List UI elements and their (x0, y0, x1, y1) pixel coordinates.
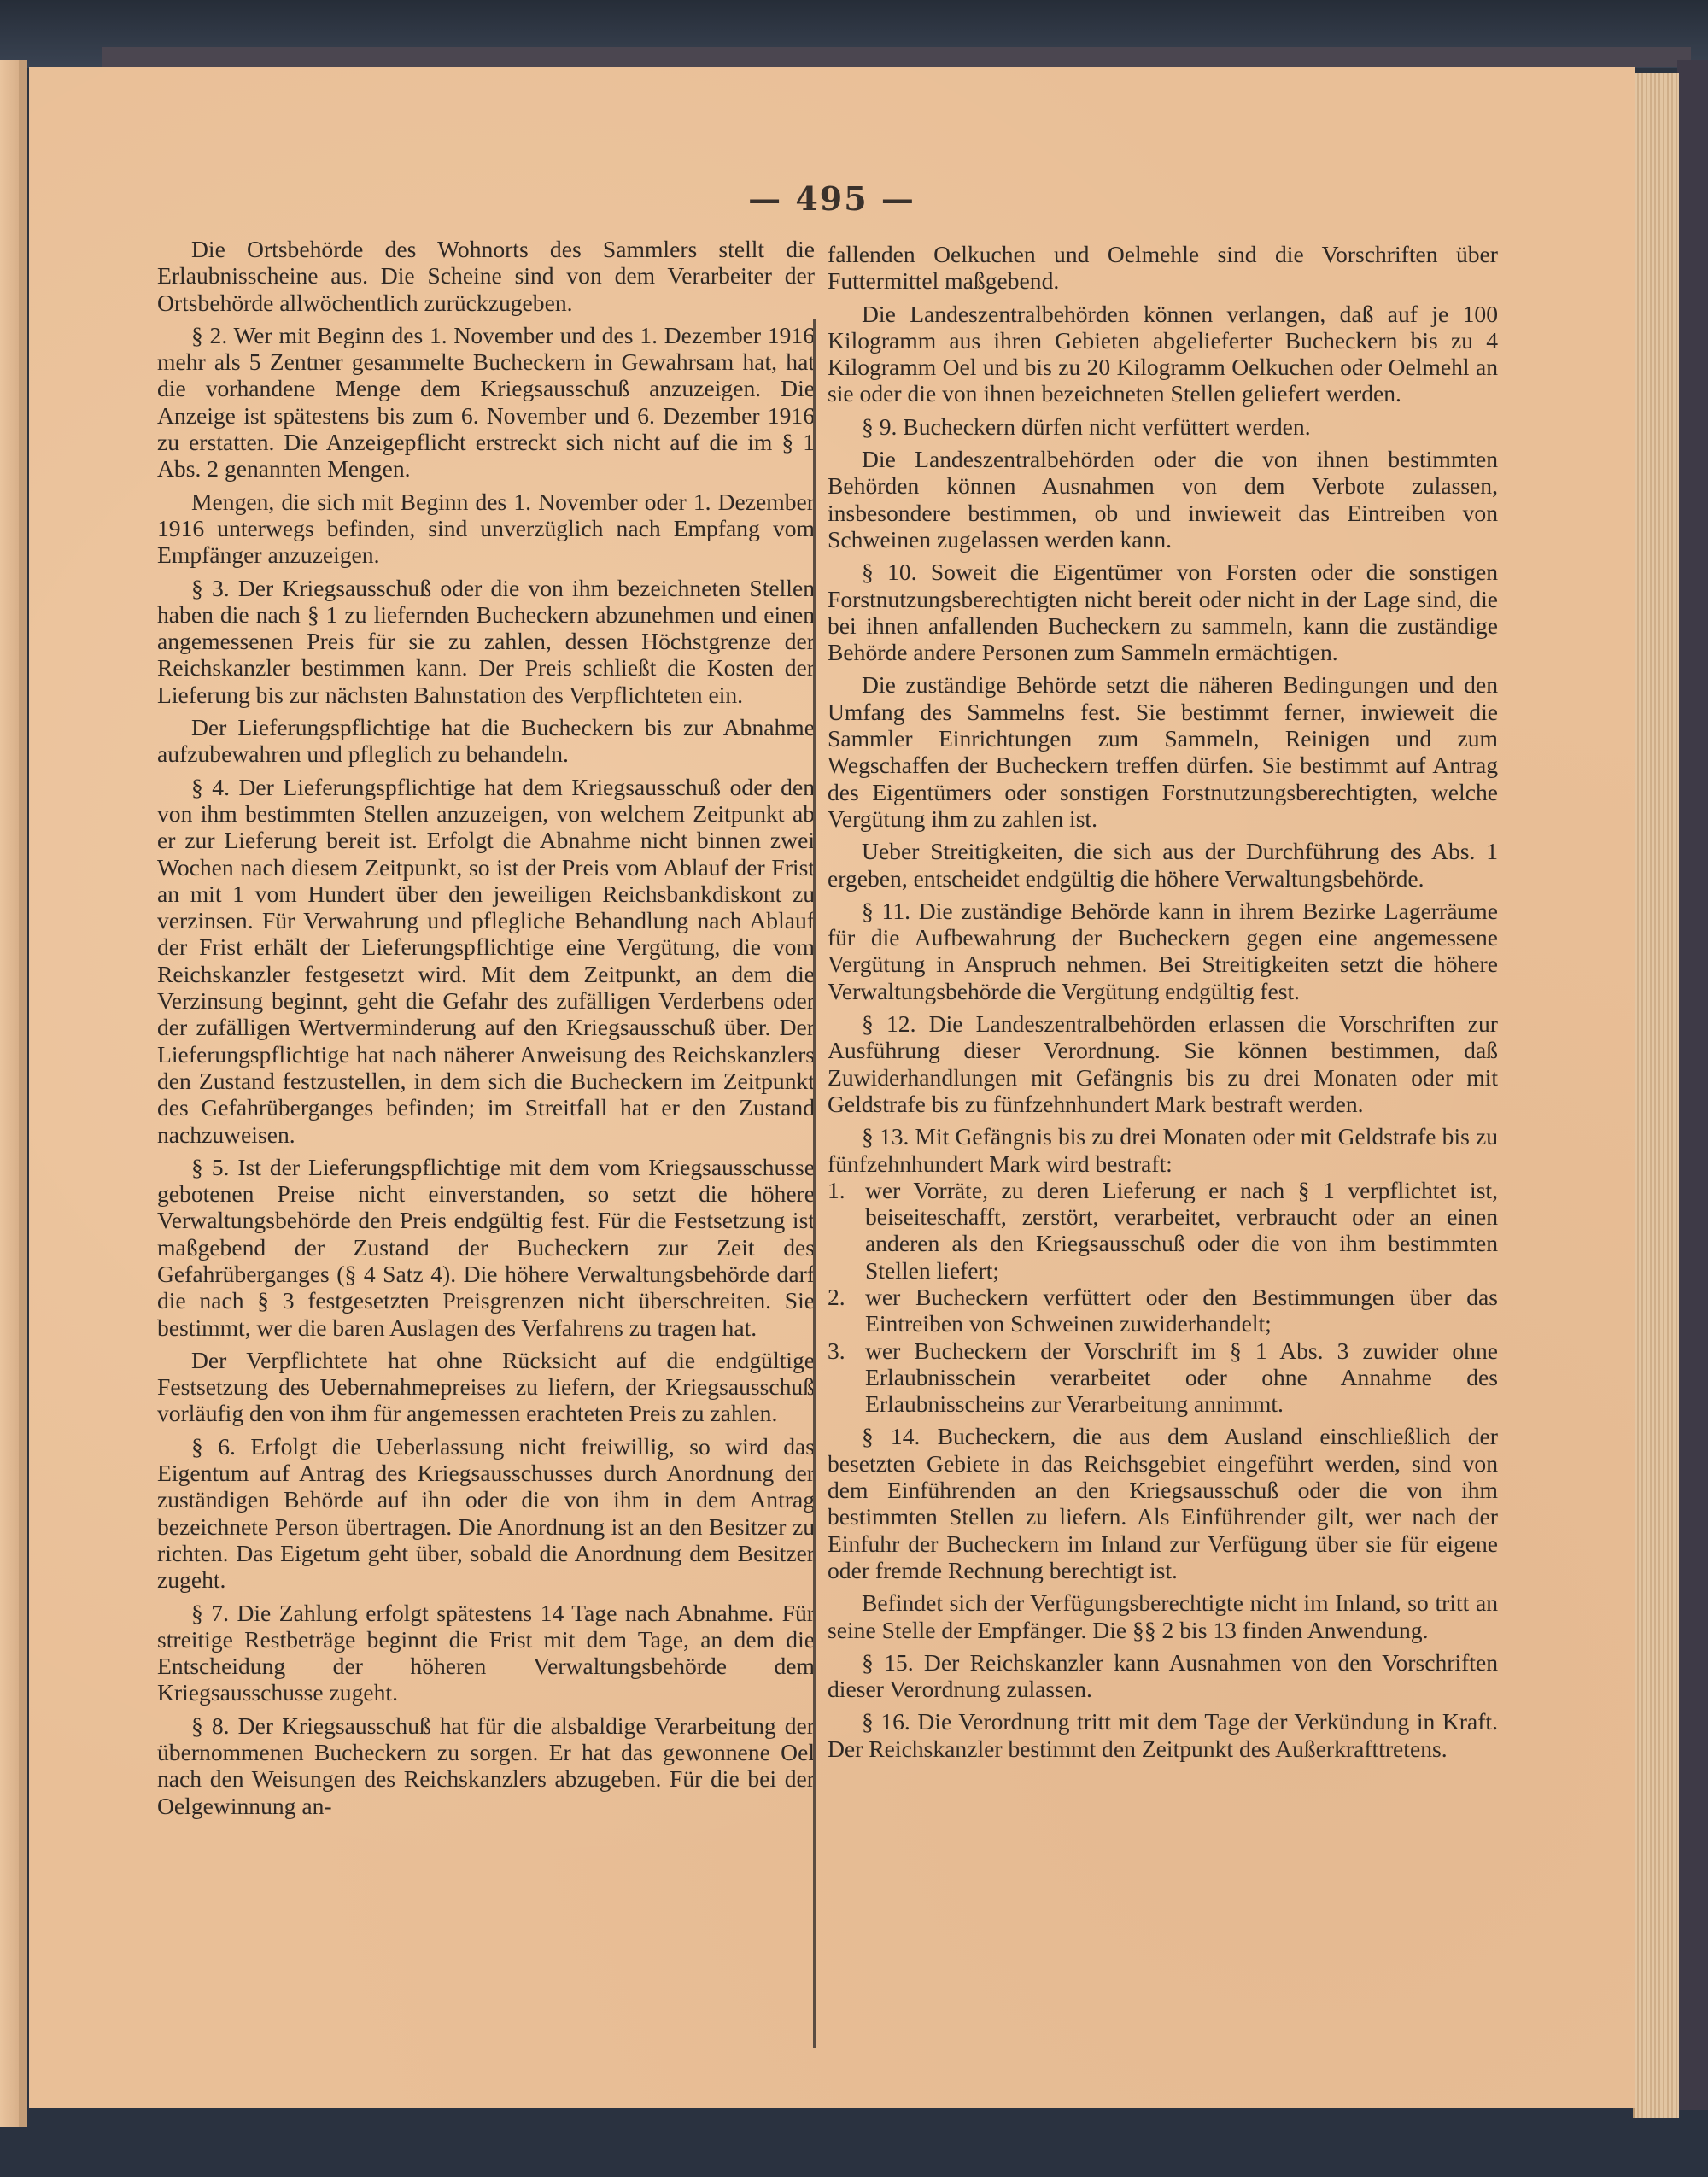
list-number: 3. (828, 1337, 865, 1418)
paragraph-section-10: § 10. Soweit die Eigentümer von Forsten … (828, 559, 1498, 665)
paragraph-section-15: § 15. Der Reichskanzler kann Ausnahmen v… (828, 1649, 1498, 1703)
paragraph-continuation: fallenden Oelkuchen und Oelmehle sind di… (828, 241, 1498, 295)
paragraph-section-11: § 11. Die zuständige Behörde kann in ihr… (828, 898, 1498, 1004)
page-number: — 495 — (29, 179, 1635, 218)
paragraph-section-7: § 7. Die Zahlung erfolgt spätestens 14 T… (157, 1600, 815, 1706)
page-stack-edges (1633, 73, 1679, 2118)
left-column: Die Ortsbehörde des Wohnorts des Sammler… (157, 236, 815, 1825)
list-number: 2. (828, 1284, 865, 1337)
paragraph-section-14: § 14. Bucheckern, die aus dem Ausland ei… (828, 1423, 1498, 1583)
paragraph: Die Landeszentralbehörden oder die von i… (828, 446, 1498, 553)
paragraph: Die Landeszentralbehörden können verlang… (828, 301, 1498, 407)
book-cover-top-strip (102, 47, 1691, 67)
left-page-edge (0, 60, 27, 2127)
paragraph: Ueber Streitigkeiten, die sich aus der D… (828, 838, 1498, 892)
paragraph-section-9: § 9. Bucheckern dürfen nicht verfüttert … (828, 413, 1498, 440)
paragraph: Der Verpflichtete hat ohne Rücksicht auf… (157, 1347, 815, 1427)
book-cover-right (1677, 60, 1708, 2110)
penalty-list-item: 2. wer Bucheckern verfüttert oder den Be… (828, 1284, 1498, 1337)
paragraph-section-3: § 3. Der Kriegsausschuß oder die von ihm… (157, 575, 815, 708)
paragraph: Die Ortsbehörde des Wohnorts des Sammler… (157, 236, 815, 316)
paragraph-section-12: § 12. Die Landeszentralbehörden erlassen… (828, 1010, 1498, 1117)
paragraph-section-6: § 6. Erfolgt die Ueberlassung nicht frei… (157, 1433, 815, 1594)
list-text: wer Bucheckern der Vorschrift im § 1 Abs… (865, 1337, 1498, 1418)
column-divider (813, 319, 816, 2048)
penalty-list-item: 3. wer Bucheckern der Vorschrift im § 1 … (828, 1337, 1498, 1418)
paragraph-section-8: § 8. Der Kriegsausschuß hat für die alsb… (157, 1712, 815, 1819)
paragraph: Der Lieferungspflichtige hat die Bucheck… (157, 714, 815, 768)
paragraph-section-2: § 2. Wer mit Beginn des 1. November und … (157, 322, 815, 483)
right-column: fallenden Oelkuchen und Oelmehle sind di… (828, 241, 1498, 1768)
paragraph: Mengen, die sich mit Beginn des 1. Novem… (157, 489, 815, 569)
paragraph: Befindet sich der Verfügungsberechtigte … (828, 1589, 1498, 1643)
book-page: — 495 — Die Ortsbehörde des Wohnorts des… (29, 67, 1635, 2108)
list-text: wer Vorräte, zu deren Lieferung er nach … (865, 1177, 1498, 1284)
list-text: wer Bucheckern verfüttert oder den Besti… (865, 1284, 1498, 1337)
paragraph-section-16: § 16. Die Verordnung tritt mit dem Tage … (828, 1708, 1498, 1762)
paragraph: Die zuständige Behörde setzt die näheren… (828, 671, 1498, 832)
paragraph-section-5: § 5. Ist der Lieferungspflichtige mit de… (157, 1154, 815, 1341)
penalty-list-item: 1. wer Vorräte, zu deren Lieferung er na… (828, 1177, 1498, 1284)
paragraph-section-13: § 13. Mit Gefängnis bis zu drei Monaten … (828, 1123, 1498, 1177)
paragraph-section-4: § 4. Der Lieferungspflichtige hat dem Kr… (157, 774, 815, 1148)
list-number: 1. (828, 1177, 865, 1284)
